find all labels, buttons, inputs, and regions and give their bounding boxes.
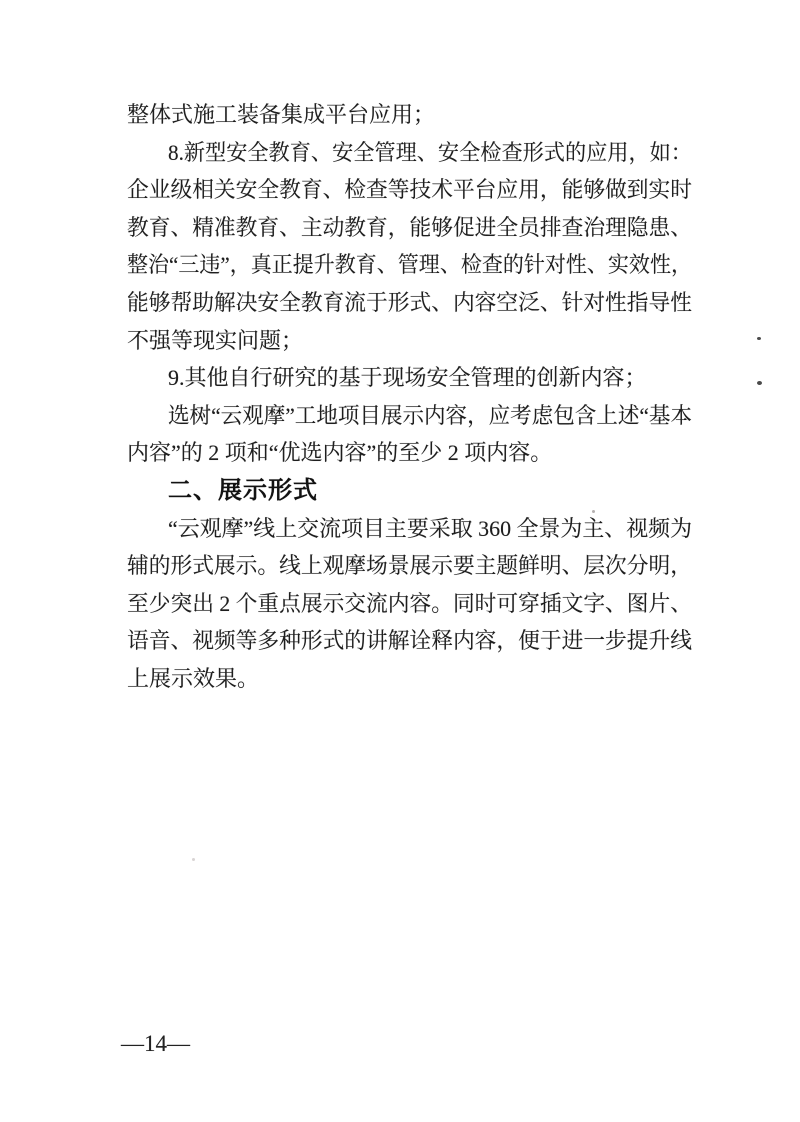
body-line: 企业级相关安全教育、检查等技术平台应用，能够做到实时 — [127, 171, 692, 209]
body-line: 选树“云观摩”工地项目展示内容，应考虑包含上述“基本 — [127, 397, 692, 435]
document-body: 整体式施工装备集成平台应用； 8.新型安全教育、安全管理、安全检查形式的应用，如… — [127, 96, 692, 698]
body-line: 不强等现实问题； — [127, 322, 692, 360]
body-line: 能够帮助解决安全教育流于形式、内容空泛、针对性指导性 — [127, 284, 692, 322]
body-line: 9.其他自行研究的基于现场安全管理的创新内容； — [127, 359, 692, 397]
body-line: 8.新型安全教育、安全管理、安全检查形式的应用，如： — [127, 134, 692, 172]
scan-speck — [592, 510, 595, 513]
body-line: 教育、精准教育、主动教育，能够促进全员排查治理隐患、 — [127, 209, 692, 247]
body-line: 整体式施工装备集成平台应用； — [127, 96, 692, 134]
body-line: 语音、视频等多种形式的讲解诠释内容，便于进一步提升线 — [127, 622, 692, 660]
document-page: 整体式施工装备集成平台应用； 8.新型安全教育、安全管理、安全检查形式的应用，如… — [0, 0, 800, 1122]
body-line: 内容”的 2 项和“优选内容”的至少 2 项内容。 — [127, 434, 692, 472]
body-line: 辅的形式展示。线上观摩场景展示要主题鲜明、层次分明， — [127, 547, 692, 585]
section-heading: 二、展示形式 — [127, 472, 692, 510]
scan-speck — [757, 337, 761, 340]
body-line: 上展示效果。 — [127, 660, 692, 698]
scan-speck — [757, 381, 762, 385]
body-line: “云观摩”线上交流项目主要采取 360 全景为主、视频为 — [127, 510, 692, 548]
scan-speck — [192, 858, 195, 861]
body-line: 至少突出 2 个重点展示交流内容。同时可穿插文字、图片、 — [127, 585, 692, 623]
page-number: —14— — [121, 1031, 190, 1057]
body-line: 整治“三违”，真正提升教育、管理、检查的针对性、实效性， — [127, 246, 692, 284]
